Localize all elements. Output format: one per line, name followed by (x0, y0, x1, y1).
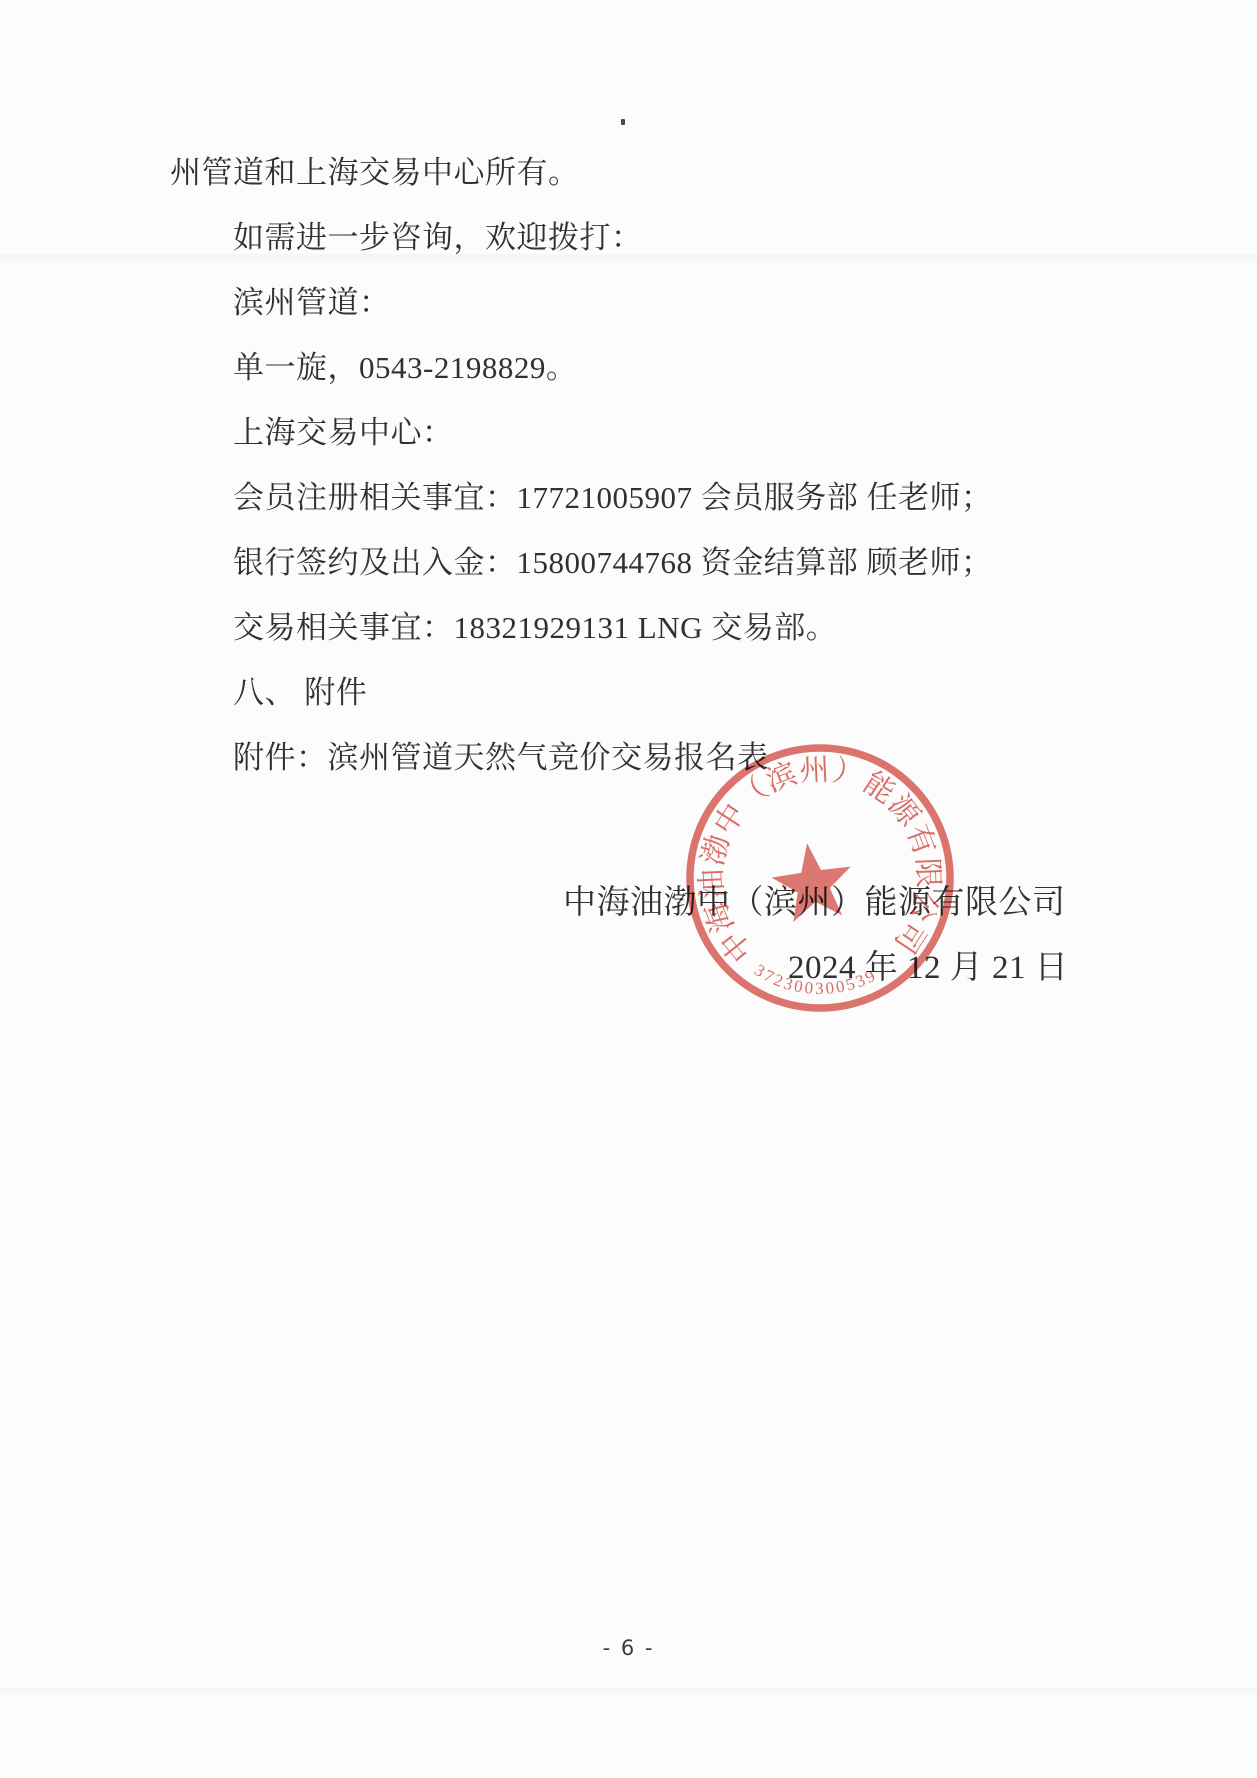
scan-artifact-band (0, 1688, 1257, 1693)
continuation-line: 州管道和上海交易中心所有。 (170, 140, 993, 205)
contact-intro-line: 如需进一步咨询，欢迎拨打： (170, 205, 993, 270)
scan-speck (621, 119, 625, 125)
bank-signing-line: 银行签约及出入金：15800744768 资金结算部 顾老师； (170, 530, 993, 595)
trading-contact-line: 交易相关事宜：18321929131 LNG 交易部。 (170, 595, 993, 660)
member-registration-line: 会员注册相关事宜：17721005907 会员服务部 任老师； (170, 465, 993, 530)
svg-text:372300300539: 372300300539 (751, 960, 880, 998)
document-body: 州管道和上海交易中心所有。如需进一步咨询，欢迎拨打：滨州管道：单一旋，0543-… (170, 140, 993, 790)
document-page: 州管道和上海交易中心所有。如需进一步咨询，欢迎拨打：滨州管道：单一旋，0543-… (0, 0, 1257, 1778)
seal-serial-number: 372300300539 (751, 960, 880, 998)
binzhou-pipeline-label: 滨州管道： (170, 270, 993, 335)
star-icon (768, 838, 858, 924)
binzhou-contact-line: 单一旋，0543-2198829。 (170, 335, 993, 400)
official-seal-stamp: 中海油渤中（滨州）能源有限公司 372300300539 (650, 708, 990, 1048)
shanghai-exchange-label: 上海交易中心： (170, 400, 993, 465)
page-number: - 6 - (0, 1636, 1257, 1660)
